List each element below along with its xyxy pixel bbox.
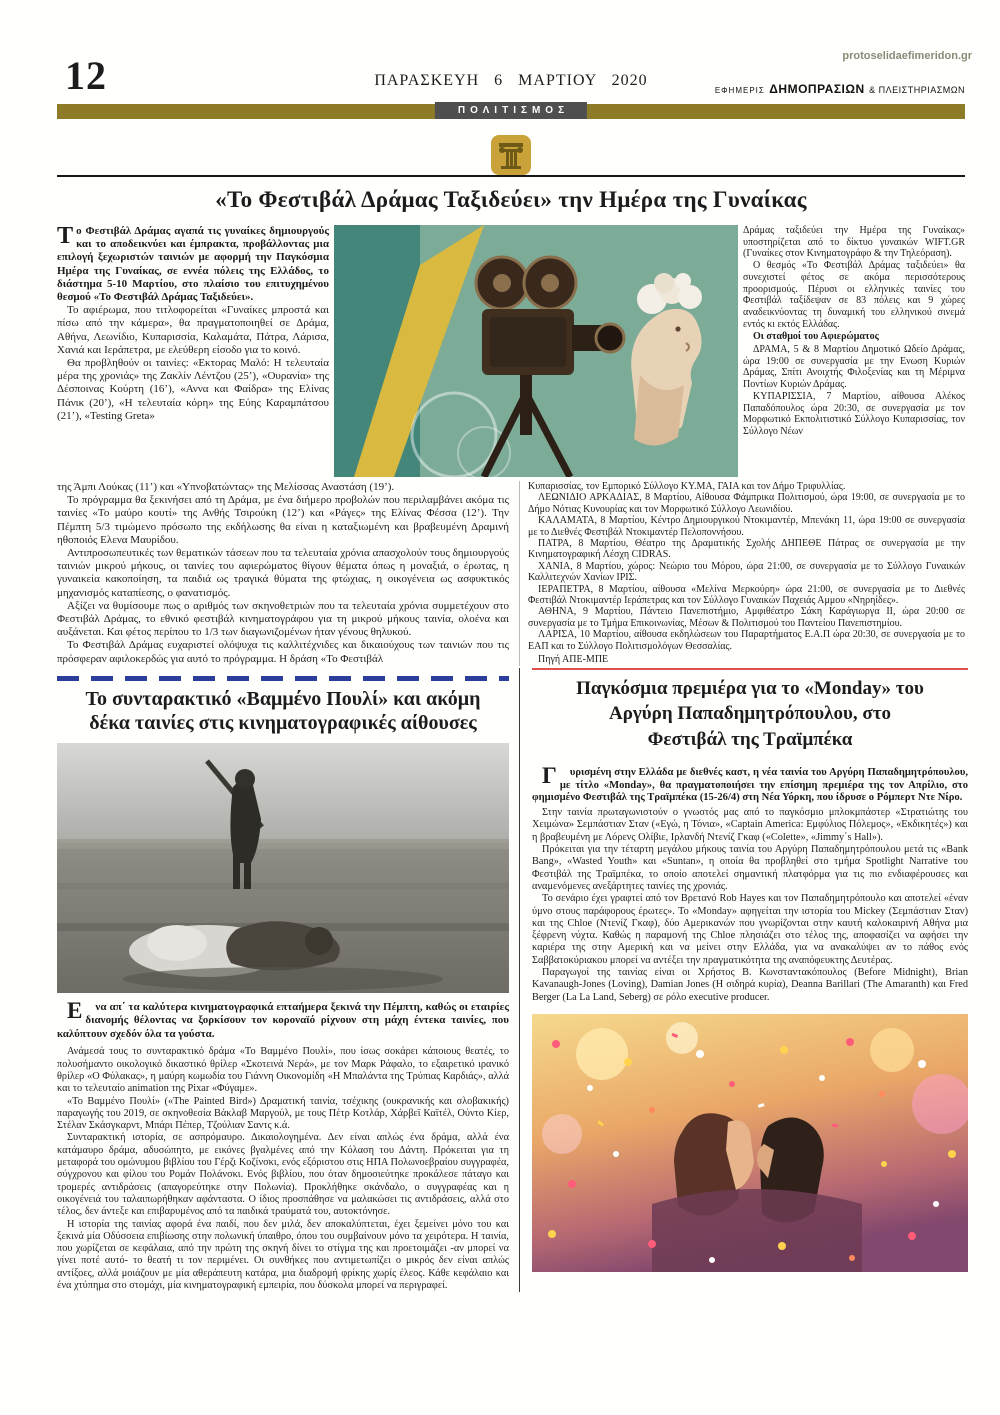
paragraph: Το Φεστιβάλ Δράμας αγαπά τις γυναίκες δη… — [57, 225, 329, 304]
paragraph: Θα προβληθούν οι ταινίες: «Εκτορας Μαλό:… — [57, 357, 329, 423]
article2-headline: Το συνταρακτικό «Βαμμένο Πουλί» και ακόμ… — [57, 687, 509, 735]
station-item: ΚΑΛΑΜΑΤΑ, 8 Μαρτίου, Κέντρο Δημιουργικού… — [528, 515, 965, 538]
paragraph: Ανάμεσά τους το συνταρακτικό δράμα «Το Β… — [57, 1046, 509, 1095]
masthead-suffix: & ΠΛΕΙΣΤΗΡΙΑΣΜΩΝ — [869, 85, 965, 95]
station-item: ΠΑΤΡΑ, 8 Μαρτίου, Θέατρο της Δραματικής … — [528, 538, 965, 561]
article1-bottom-left: της Άμπι Λούκας (11’) και «Υπνοβατώντας»… — [57, 481, 509, 666]
camera-woman-collage — [334, 225, 738, 477]
paragraph: «Το Βαμμένο Πουλί» («The Painted Bird») … — [57, 1096, 509, 1133]
painted-bird-still — [57, 743, 509, 993]
paragraph: Δράμας ταξιδεύει την Ημέρα της Γυναίκας»… — [743, 225, 965, 260]
blue-dashed-divider — [57, 676, 509, 681]
paragraph: Στην ταινία πρωταγωνιστούν ο γνωστός μας… — [532, 807, 968, 844]
painted-bird-photo — [57, 743, 509, 993]
paragraph: της Άμπι Λούκας (11’) και «Υπνοβατώντας»… — [57, 481, 509, 494]
paragraph: Το αφιέρωμα, που τιτλοφορείται «Γυναίκες… — [57, 304, 329, 357]
article1-subhead: Οι σταθμοί του Αφιερώματος — [743, 331, 965, 343]
article3-lead: Γυρισμένη στην Ελλάδα με διεθνές καστ, η… — [532, 767, 968, 805]
section-label: ΠΟΛΙΤΙΣΜΟΣ — [435, 102, 587, 119]
paragraph: Πρόκειται για την τέταρτη μεγάλου μήκους… — [532, 844, 968, 893]
paragraph: Παραγωγοί της ταινίας είναι οι Χρήστος Β… — [532, 967, 968, 1004]
paragraph: Η ιστορία της ταινίας αφορά ένα παιδί, π… — [57, 1219, 509, 1293]
article3-headline: Παγκόσμια πρεμιέρα για το «Monday» του Α… — [532, 676, 968, 753]
page-header: 12 ΠΑΡΑΣΚΕΥΗ 6 ΜΑΡΤΙΟΥ 2020 ΕΦΗΜΕΡΙΣ ΔΗΜ… — [57, 56, 965, 102]
masthead-title: ΔΗΜΟΠΡΑΣΙΩΝ — [769, 82, 864, 96]
station-item: ΙΕΡΑΠΕΤΡΑ, 8 Μαρτίου, αίθουσα «Μελίνα Με… — [528, 584, 965, 607]
newspaper-page: protoselidaefimeridon.gr 12 ΠΑΡΑΣΚΕΥΗ 6 … — [0, 0, 1000, 1415]
paragraph: Το πρόγραμμα θα ξεκινήσει από τη Δράμα, … — [57, 494, 509, 547]
article2-body: Ανάμεσά τους το συνταρακτικό δράμα «Το Β… — [57, 1046, 509, 1292]
paragraph: Συνταρακτική ιστορία, σε ασπρόμαυρο. Δικ… — [57, 1132, 509, 1218]
article1-left-column: Το Φεστιβάλ Δράμας αγαπά τις γυναίκες δη… — [57, 225, 329, 477]
festival-stations-list: Κυπαρισσίας, τον Εμπορικό Σύλλογο ΚΥ.ΜΑ,… — [519, 481, 965, 666]
station-item: ΑΘΗΝΑ, 9 Μαρτίου, Πάντειο Πανεπιστήμιο, … — [528, 606, 965, 629]
headline-rule — [57, 133, 965, 177]
article-monday-tribeca: Παγκόσμια πρεμιέρα για το «Monday» του Α… — [519, 668, 968, 1292]
station-item: ΛΕΩΝΙΔΙΟ ΑΡΚΑΔΙΑΣ, 8 Μαρτίου, Αίθουσα Φά… — [528, 492, 965, 515]
paragraph: Ο θεσμός «Το Φεστιβάλ Δράμας ταξιδεύει» … — [743, 260, 965, 330]
red-divider — [532, 668, 968, 670]
article2-lead-caption: Ενα απ΄ τα καλύτερα κινηματογραφικά επτα… — [57, 1001, 509, 1042]
station-item: ΧΑΝΙΑ, 8 Μαρτίου, χώρος: Νεώριο του Μόρο… — [528, 561, 965, 584]
paragraph: ΔΡΑΜΑ, 5 & 8 Μαρτίου Δημοτικό Ωδείο Δράμ… — [743, 344, 965, 391]
paragraph: Το Φεστιβάλ Δράμας ευχαριστεί ολόψυχα τι… — [57, 639, 509, 665]
masthead-prefix: ΕΦΗΜΕΡΙΣ — [715, 86, 765, 95]
monday-still — [532, 1014, 968, 1272]
source-credit: Πηγή ΑΠΕ-ΜΠΕ — [528, 654, 965, 665]
station-item: ΛΑΡΙΣΑ, 10 Μαρτίου, αίθουσα εκδηλώσεων τ… — [528, 629, 965, 652]
paragraph: ΚΥΠΑΡΙΣΣΙΑ, 7 Μαρτίου, αίθουσα Αλέκος Πα… — [743, 391, 965, 438]
monday-photo — [532, 1014, 968, 1272]
paragraph: Αξίζει να θυμίσουμε πως ο αριθμός των σκ… — [57, 600, 509, 640]
section-bar: ΠΟΛΙΤΙΣΜΟΣ — [57, 104, 965, 119]
article1-headline: «Το Φεστιβάλ Δράμας Ταξιδεύει» την Ημέρα… — [57, 187, 965, 213]
masthead: ΕΦΗΜΕΡΙΣ ΔΗΜΟΠΡΑΣΙΩΝ & ΠΛΕΙΣΤΗΡΙΑΣΜΩΝ — [715, 80, 965, 98]
station-item: Κυπαρισσίας, τον Εμπορικό Σύλλογο ΚΥ.ΜΑ,… — [528, 481, 965, 492]
article-painted-bird: Το συνταρακτικό «Βαμμένο Πουλί» και ακόμ… — [57, 668, 509, 1292]
paragraph: Το σενάριο έχει γραφτεί από τον Βρετανό … — [532, 893, 968, 967]
column-emblem-icon — [489, 133, 533, 177]
article-festival-drama: «Το Φεστιβάλ Δράμας Ταξιδεύει» την Ημέρα… — [57, 187, 965, 666]
article3-body: Στην ταινία πρωταγωνιστούν ο γνωστός μας… — [532, 807, 968, 1004]
festival-collage-image — [334, 225, 738, 477]
paragraph: Αντιπροσωπευτικές των θεματικών τάσεων π… — [57, 547, 509, 600]
article1-right-column: Δράμας ταξιδεύει την Ημέρα της Γυναίκας»… — [743, 225, 965, 477]
